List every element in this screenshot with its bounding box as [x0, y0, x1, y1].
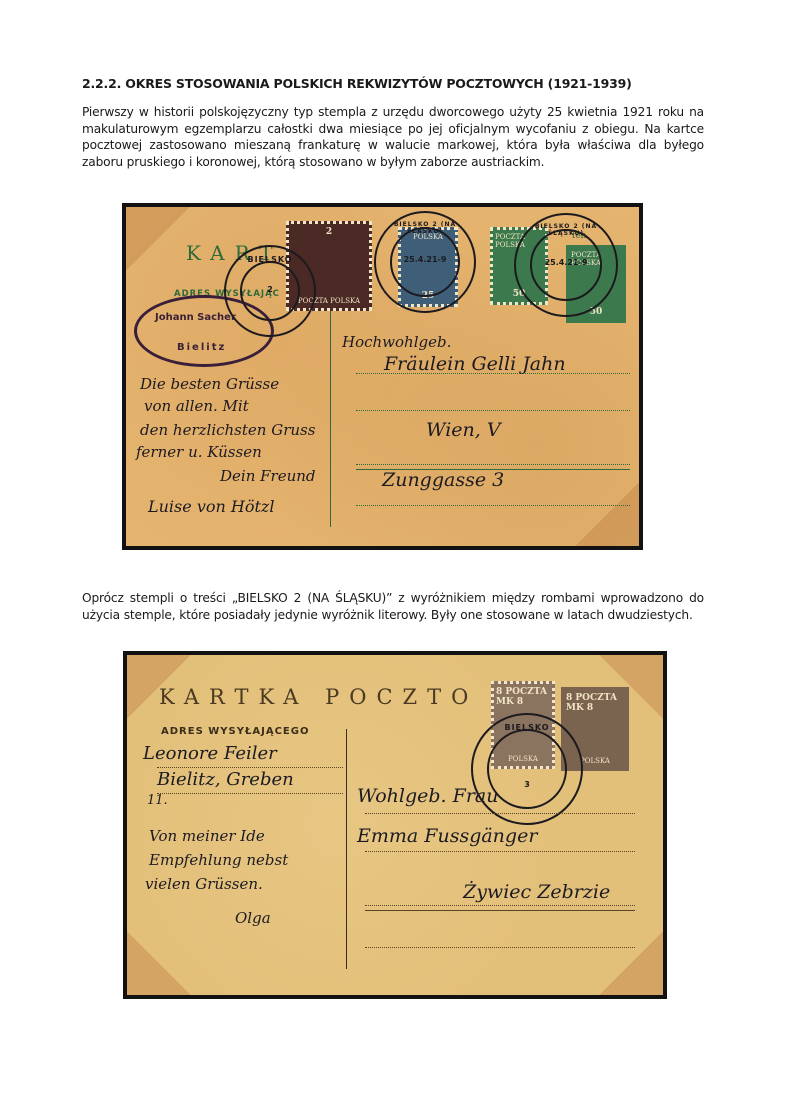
message-line: Dein Freund [220, 467, 316, 485]
message-line: Die besten Grüsse [140, 375, 279, 393]
message-line: ferner u. Küssen [136, 443, 262, 461]
sender-line: 11. [147, 793, 168, 808]
address-rule [365, 910, 635, 911]
photo-corner [599, 931, 667, 999]
address-rule [356, 505, 630, 506]
section-heading: 2.2.2. OKRES STOSOWANIA POLSKICH REKWIZY… [82, 76, 722, 91]
photo-corner [575, 482, 643, 550]
cachet-line: Johann Sacher [155, 312, 236, 323]
message-line: den herzlichsten Gruss [140, 421, 315, 439]
address-line: Wohlgeb. Frau [357, 785, 498, 807]
card-divider [346, 729, 347, 969]
address-rule [365, 813, 635, 814]
message-line: Luise von Hötzl [148, 497, 274, 516]
address-line: Zunggasse 3 [382, 469, 504, 491]
address-rule [356, 464, 630, 465]
sender-rule [157, 793, 343, 794]
message-line: Olga [235, 909, 271, 927]
postcard-1921: KART ADRES WYSYŁAJĄC fen. Johann Sacher … [122, 203, 643, 550]
card-divider [330, 302, 331, 527]
postmark: BIELSKO2 [224, 245, 316, 337]
card-title: KARTKA POCZTO [159, 685, 478, 709]
message-line: vielen Grüssen. [145, 875, 263, 893]
address-rule [365, 851, 635, 852]
address-line: Emma Fussgänger [357, 825, 537, 847]
address-line: Wien, V [426, 419, 501, 441]
sender-line: Leonore Feiler [143, 743, 277, 764]
cachet-line: Bielitz [177, 342, 226, 353]
sender-line: Bielitz, Greben [157, 769, 294, 790]
postcard-1920s: KARTKA POCZTO ADRES WYSYŁAJĄCEGO 8 POCZT… [123, 651, 667, 999]
photo-corner [122, 203, 190, 271]
intro-paragraph: Pierwszy w historii polskojęzyczny typ s… [82, 104, 704, 170]
address-rule [356, 373, 630, 374]
address-line: Fräulein Gelli Jahn [384, 353, 566, 375]
message-line: Von meiner Ide [149, 827, 265, 845]
address-rule [365, 905, 635, 906]
sender-label: ADRES WYSYŁAJĄCEGO [161, 726, 309, 737]
message-line: Empfehlung nebst [149, 851, 288, 869]
address-line: Żywiec Zebrzie [463, 881, 610, 903]
second-paragraph: Oprócz stempli o treści „BIELSKO 2 (NA Ś… [82, 590, 704, 623]
postmark: BIELSKO 2 (NA ŚLĄSKU)25.4.21-9 [514, 213, 618, 317]
address-rule [356, 469, 630, 470]
postmark: BIELSKO3 [471, 713, 583, 825]
photo-corner [123, 931, 191, 999]
sender-rule [157, 767, 343, 768]
address-rule [356, 410, 630, 411]
message-line: von allen. Mit [144, 397, 249, 415]
postmark: BIELSKO 2 (NA ŚLĄSKU)25.4.21-9 [374, 211, 476, 313]
address-rule [365, 947, 635, 948]
address-line: Hochwohlgeb. [342, 333, 451, 351]
